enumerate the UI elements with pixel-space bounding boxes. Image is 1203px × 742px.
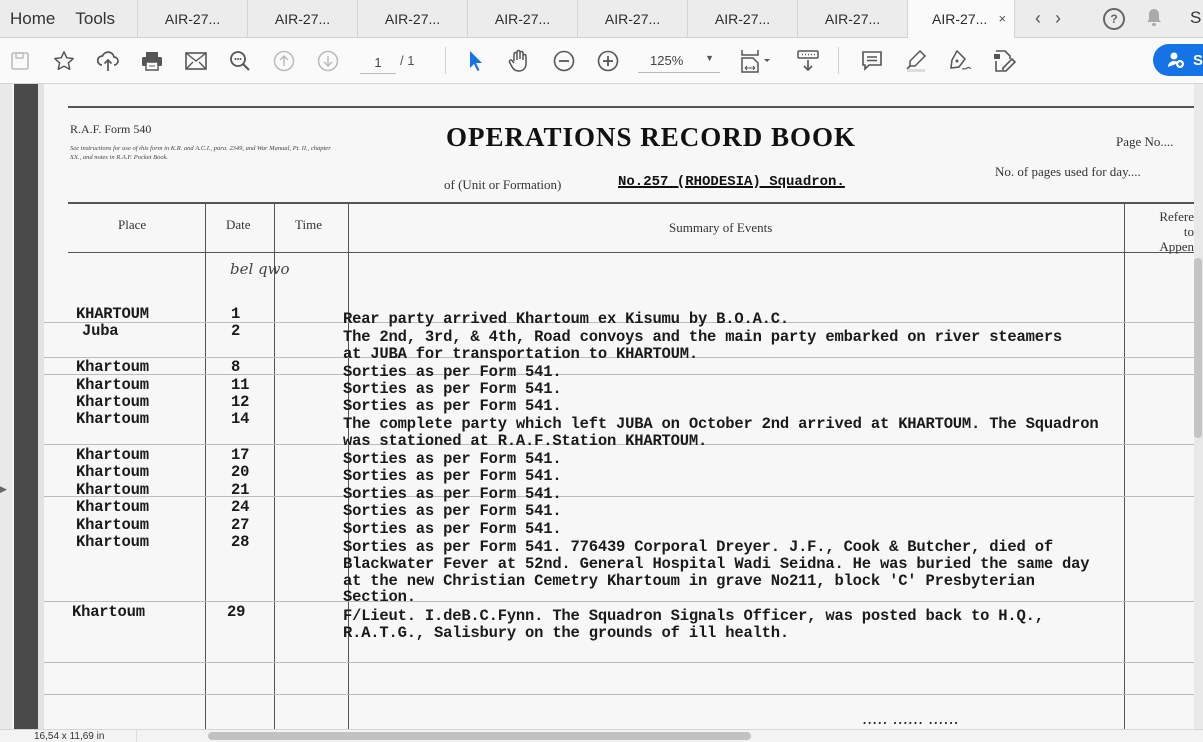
entry-place: Khartoum bbox=[76, 358, 149, 376]
page-binding-edge bbox=[14, 84, 38, 729]
entry-summary: The complete party which left JUBA on Oc… bbox=[343, 416, 1098, 434]
bookmark-star-icon[interactable] bbox=[52, 49, 76, 73]
entry-summary: was stationed at R.A.F.Station KHARTOUM. bbox=[343, 433, 707, 451]
vertical-scrollbar[interactable] bbox=[1194, 258, 1202, 438]
entry-date: 8 bbox=[231, 358, 240, 376]
entry-summary: Sorties as per Form 541. bbox=[343, 486, 561, 504]
tab-scroll-arrows: ‹ › bbox=[1015, 0, 1061, 37]
zoom-out-icon[interactable] bbox=[552, 49, 576, 73]
close-tab-icon[interactable]: × bbox=[998, 11, 1006, 26]
tab-label: AIR-27... bbox=[385, 11, 440, 27]
entry-place: Khartoum bbox=[76, 516, 149, 534]
email-icon[interactable] bbox=[184, 49, 208, 73]
entry-place: Juba bbox=[82, 322, 118, 340]
entry-place: Khartoum bbox=[76, 376, 149, 394]
header-bottom-rule bbox=[68, 252, 1194, 253]
entry-summary: Sorties as per Form 541. bbox=[343, 468, 561, 486]
entry-summary: at the new Christian Cemetry Khartoum in… bbox=[343, 573, 1035, 591]
sign-icon[interactable] bbox=[948, 49, 972, 73]
zoom-level-value: 125% bbox=[650, 53, 683, 68]
ruled-line bbox=[44, 694, 1194, 695]
search-icon[interactable] bbox=[228, 49, 252, 73]
document-tab[interactable]: AIR-27... bbox=[467, 0, 577, 37]
ruled-line bbox=[44, 662, 1194, 663]
table-top-rule bbox=[68, 202, 1194, 204]
tab-label: AIR-27... bbox=[825, 11, 880, 27]
user-menu[interactable]: S bbox=[1190, 8, 1201, 28]
prev-page-icon[interactable] bbox=[272, 49, 296, 73]
highlight-icon[interactable] bbox=[904, 49, 928, 73]
entry-summary: R.A.T.G., Salisbury on the grounds of il… bbox=[343, 625, 789, 643]
entry-place: Khartoum bbox=[76, 410, 149, 428]
entry-summary: Sorties as per Form 541. bbox=[343, 451, 561, 469]
comment-icon[interactable] bbox=[860, 49, 884, 73]
chevron-right-icon[interactable]: › bbox=[1055, 8, 1061, 29]
entry-date: 29 bbox=[227, 603, 245, 621]
entry-summary: Sorties as per Form 541. bbox=[343, 381, 561, 399]
tab-label: AIR-27... bbox=[495, 11, 550, 27]
entry-place: Khartoum bbox=[72, 603, 145, 621]
entry-summary: Sorties as per Form 541. bbox=[343, 521, 561, 539]
upload-cloud-icon[interactable] bbox=[96, 49, 120, 73]
entry-summary: Rear party arrived Khartoum ex Kisumu by… bbox=[343, 311, 789, 329]
column-header-summary: Summary of Events bbox=[669, 220, 772, 236]
entry-place: Khartoum bbox=[76, 498, 149, 516]
ruled-line bbox=[44, 374, 1194, 375]
column-divider bbox=[205, 202, 206, 729]
toolbar-divider bbox=[838, 47, 839, 74]
tab-label: AIR-27... bbox=[605, 11, 660, 27]
entry-summary: at JUBA for transportation to KHARTOUM. bbox=[343, 346, 698, 364]
document-viewport[interactable]: ▶ R.A.F. Form 540 See instructions for u… bbox=[0, 84, 1203, 729]
column-header-place: Place bbox=[118, 217, 146, 233]
document-tab[interactable]: AIR-27... bbox=[357, 0, 467, 37]
document-tab[interactable]: AIR-27... bbox=[577, 0, 687, 37]
notification-bell-icon[interactable] bbox=[1145, 8, 1163, 33]
toolbar-divider bbox=[445, 47, 446, 74]
pdf-page: R.A.F. Form 540 See instructions for use… bbox=[12, 84, 1194, 729]
zoom-in-icon[interactable] bbox=[596, 49, 620, 73]
page-size: 16,54 x 11,69 in bbox=[34, 731, 104, 742]
zoom-level-dropdown[interactable]: 125% ▼ bbox=[638, 50, 720, 73]
entry-place: Khartoum bbox=[76, 446, 149, 464]
document-tab[interactable]: AIR-27... bbox=[687, 0, 797, 37]
entry-date: 27 bbox=[231, 516, 249, 534]
select-cursor-icon[interactable] bbox=[464, 49, 488, 73]
unit-value: No.257 (RHODESIA) Squadron. bbox=[618, 174, 845, 190]
horizontal-scrollbar[interactable] bbox=[208, 732, 751, 740]
entry-date: 28 bbox=[231, 533, 249, 551]
column-header-reference: ReferetoAppen bbox=[1148, 209, 1194, 254]
share-button[interactable]: S bbox=[1153, 44, 1203, 76]
entry-summary: Sorties as per Form 541. bbox=[343, 503, 561, 521]
handwritten-note: bel qwo bbox=[230, 260, 290, 278]
entry-place: Khartoum bbox=[76, 481, 149, 499]
help-icon[interactable]: ? bbox=[1103, 8, 1125, 30]
entry-date: 14 bbox=[231, 410, 249, 428]
page-number-input[interactable] bbox=[360, 51, 396, 74]
column-divider bbox=[274, 202, 275, 729]
ruled-line bbox=[44, 601, 1194, 602]
page-binding-edge bbox=[38, 84, 44, 729]
entry-date: 11 bbox=[231, 376, 249, 394]
entry-summary: The 2nd, 3rd, & 4th, Road convoys and th… bbox=[343, 329, 1062, 347]
column-header-time: Time bbox=[295, 217, 322, 233]
entry-date: 1 bbox=[231, 305, 240, 323]
ruled-line bbox=[44, 496, 1194, 497]
entry-date: 20 bbox=[231, 463, 249, 481]
entry-date: 17 bbox=[231, 446, 249, 464]
column-divider bbox=[1124, 202, 1125, 729]
save-icon[interactable] bbox=[8, 49, 32, 73]
entry-place: Khartoum bbox=[76, 393, 149, 411]
page-total: / 1 bbox=[400, 53, 414, 68]
entry-summary: Sorties as per Form 541. bbox=[343, 364, 561, 382]
document-tab[interactable]: AIR-27... bbox=[247, 0, 357, 37]
edit-pdf-icon[interactable] bbox=[992, 49, 1016, 73]
tools-link[interactable]: Tools bbox=[75, 0, 137, 37]
entry-place: Khartoum bbox=[76, 463, 149, 481]
form-note: See instructions for use of this form in… bbox=[70, 144, 340, 162]
page-no-label: Page No.... bbox=[1116, 134, 1173, 150]
entry-summary: Sorties as per Form 541. 776439 Corporal… bbox=[343, 539, 1053, 557]
entry-date: 24 bbox=[231, 498, 249, 516]
tab-label: AIR-27... bbox=[165, 11, 220, 27]
entry-summary: F/Lieut. I.deB.C.Fynn. The Squadron Sign… bbox=[343, 608, 1044, 626]
document-tab[interactable]: AIR-27... bbox=[137, 0, 247, 37]
tab-label: AIR-27... bbox=[932, 11, 987, 27]
form-id: R.A.F. Form 540 bbox=[70, 122, 151, 137]
document-tab[interactable]: AIR-27... bbox=[797, 0, 907, 37]
document-title: OPERATIONS RECORD BOOK bbox=[446, 122, 856, 153]
expand-left-panel-icon[interactable]: ▶ bbox=[0, 484, 7, 495]
column-header-date: Date bbox=[226, 217, 251, 233]
status-bar: 16,54 x 11,69 in bbox=[0, 729, 1203, 742]
scroll-mode-icon[interactable] bbox=[796, 49, 820, 73]
handwritten-signature: ..... ...... ...... bbox=[862, 709, 959, 728]
unit-label: of (Unit or Formation) bbox=[444, 177, 561, 193]
entry-date: 2 bbox=[231, 322, 240, 340]
entry-date: 12 bbox=[231, 393, 249, 411]
chevron-left-icon[interactable]: ‹ bbox=[1035, 8, 1041, 29]
print-icon[interactable] bbox=[140, 49, 164, 73]
toolbar: / 1 125% ▼ S bbox=[0, 38, 1203, 84]
document-tab-active[interactable]: AIR-27... × bbox=[907, 0, 1015, 38]
entry-summary: Blackwater Fever at 52nd. General Hospit… bbox=[343, 556, 1089, 574]
share-label: S bbox=[1193, 52, 1203, 69]
add-user-icon bbox=[1167, 51, 1185, 69]
fit-page-icon[interactable] bbox=[740, 49, 774, 73]
home-link[interactable]: Home bbox=[0, 0, 75, 37]
chevron-down-icon: ▼ bbox=[705, 53, 714, 63]
pages-used-label: No. of pages used for day.... bbox=[995, 164, 1141, 180]
next-page-icon[interactable] bbox=[316, 49, 340, 73]
entry-summary: Section. bbox=[343, 589, 416, 607]
rule bbox=[68, 106, 1194, 108]
entry-place: Khartoum bbox=[76, 533, 149, 551]
entry-summary: Sorties as per Form 541. bbox=[343, 398, 561, 416]
status-divider bbox=[136, 730, 137, 742]
entry-date: 21 bbox=[231, 481, 249, 499]
tab-bar: Home Tools AIR-27... AIR-27... AIR-27...… bbox=[0, 0, 1203, 38]
tab-label: AIR-27... bbox=[275, 11, 330, 27]
hand-tool-icon[interactable] bbox=[507, 49, 531, 73]
tab-label: AIR-27... bbox=[715, 11, 770, 27]
entry-place: KHARTOUM bbox=[76, 305, 149, 323]
